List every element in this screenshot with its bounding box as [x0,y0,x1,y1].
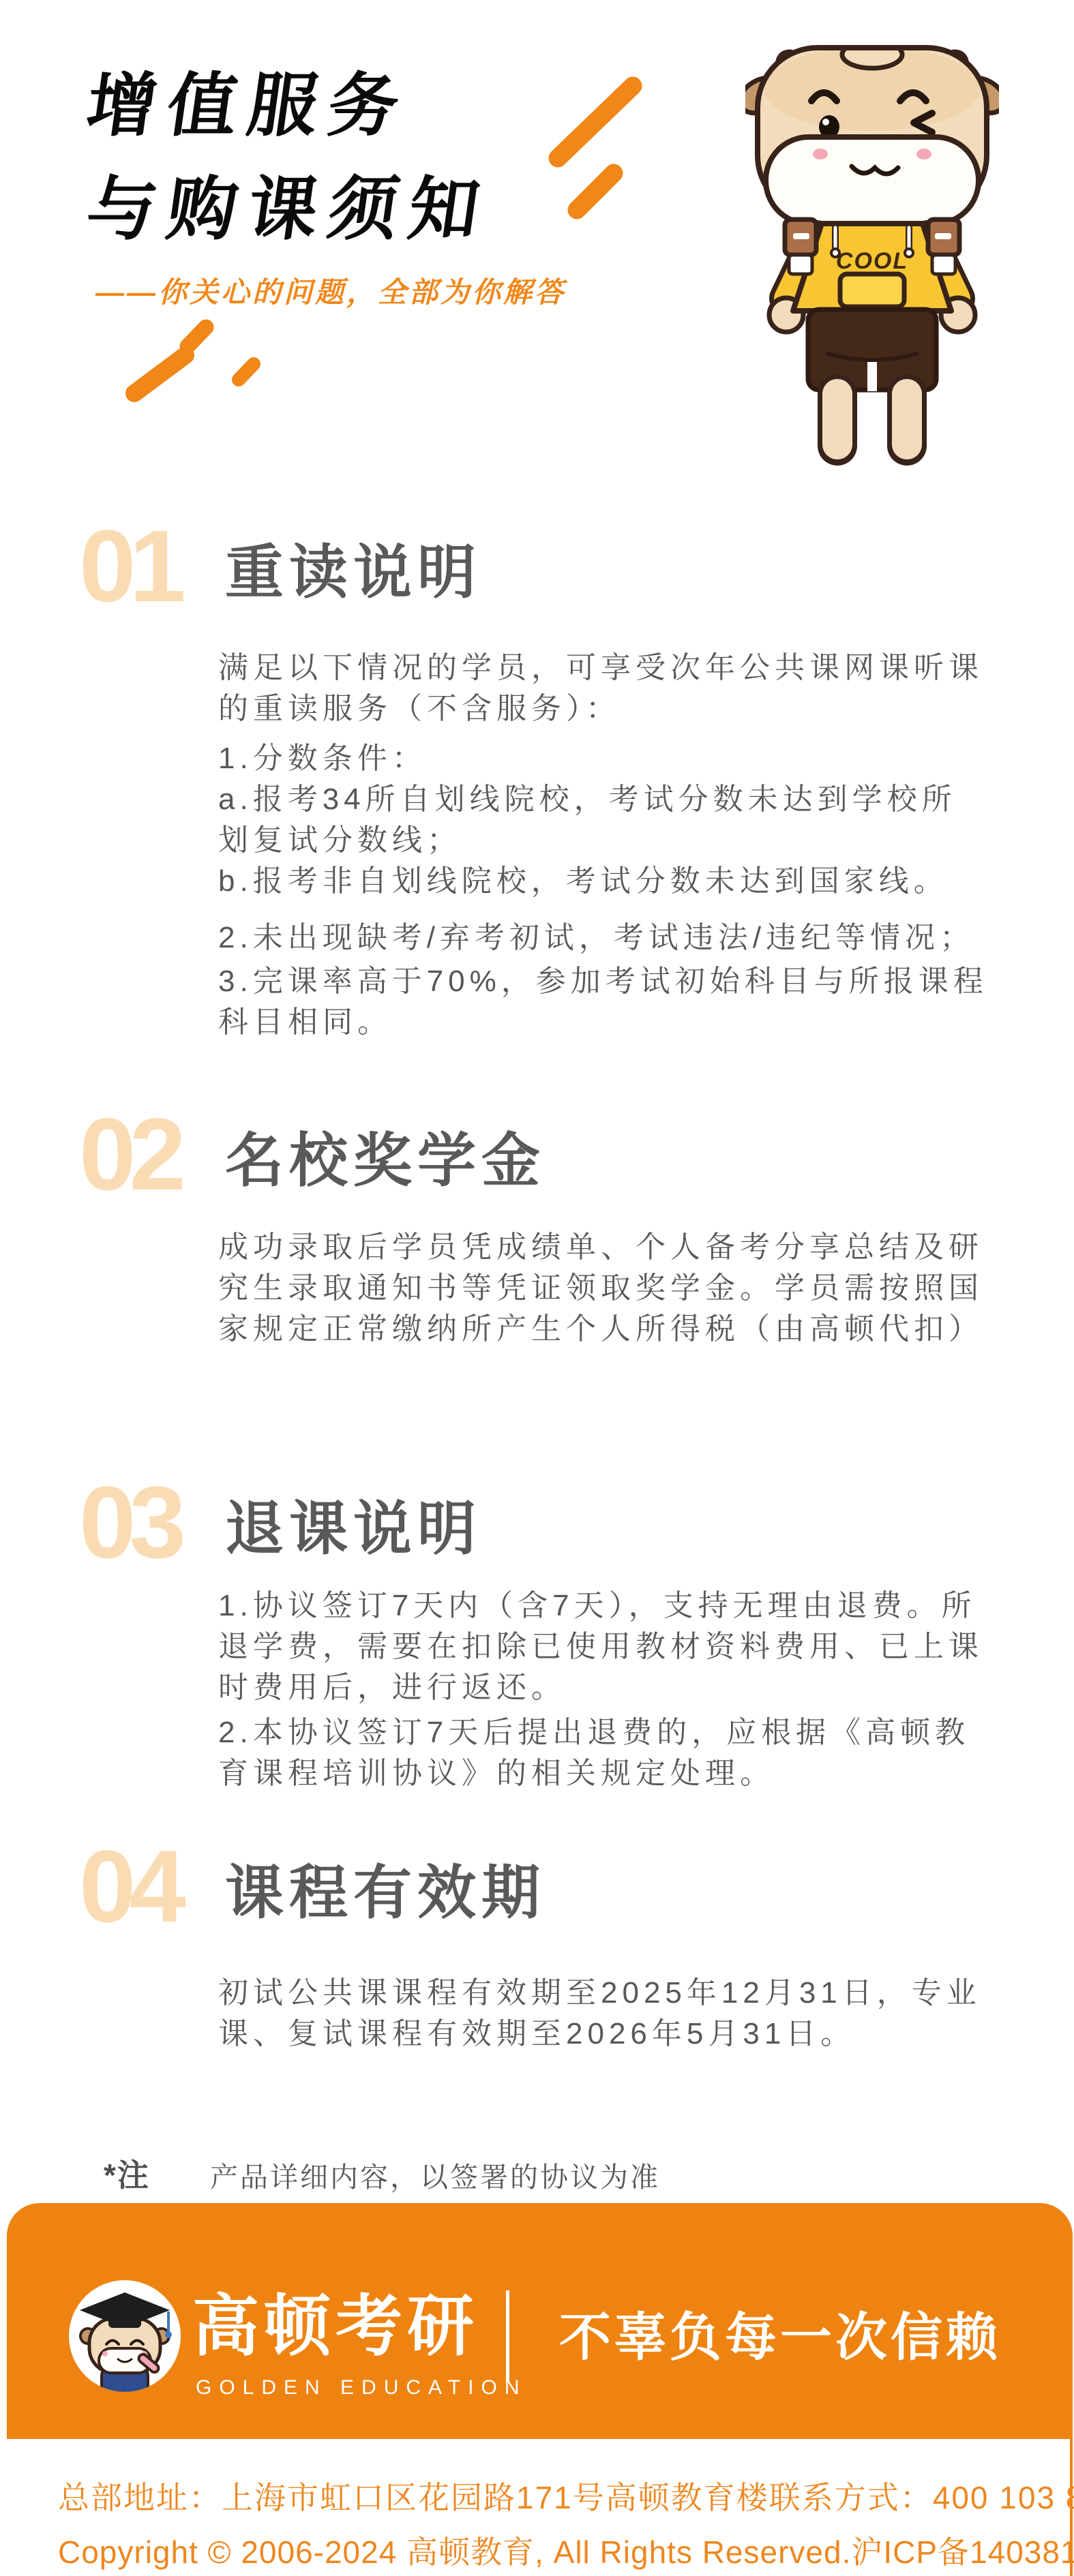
note-label: *注 [104,2151,150,2196]
section-title: 课程有效期 [225,1864,546,1922]
diagonal-slashes-icon [0,0,682,477]
section-paragraph: 3.完课率高于70%，参加考试初始科目与所报课程科目相同。 [218,961,989,1043]
section-paragraph: 初试公共课课程有效期至2025年12月31日，专业课、复试课程有效期至2026年… [218,1973,989,2055]
section-paragraph: b.报考非自划线院校，考试分数未达到国家线。 [218,861,989,902]
brand-name-cn: 高顿考研 [192,2292,479,2359]
section-paragraph: 满足以下情况的学员，可享受次年公共课网课听课的重读服务（不含服务）： [218,648,989,729]
section-paragraph: a.报考34所自划线院校，考试分数未达到学校所划复试分数线； [218,779,989,861]
mascot-shirt-label: COOL [836,248,908,274]
footer-copyright: Copyright © 2006-2024 高顿教育, All Rights R… [58,2528,1074,2573]
section-paragraph: 2.本协议签订7天后提出退费的，应根据《高顿教育课程培训协议》的相关规定处理。 [218,1712,989,1794]
graduate-ox-avatar [69,2280,181,2392]
section-paragraph: 1.分数条件： [218,738,989,779]
brand-name-en: GOLDEN EDUCATION [196,2376,526,2399]
section-paragraph: 1.协议签订7天内（含7天），支持无理由退费。所退学费，需要在扣除已使用教材资料… [218,1586,989,1708]
footer-address: 总部地址：上海市虹口区花园路171号高顿教育楼 [58,2473,769,2518]
footer-address-row: 总部地址：上海市虹口区花园路171号高顿教育楼 联系方式：400 103 888… [58,2473,1013,2518]
graduate-ox-avatar-icon [69,2280,181,2392]
brand-divider [506,2290,509,2382]
section-number: 04 [79,1835,215,1937]
note-text: 产品详细内容，以签署的协议为准 [210,2155,660,2195]
section-title: 重读说明 [225,543,481,602]
footer-contact: 联系方式：400 103 8883 [769,2473,1074,2518]
cool-ox-mascot-icon: COOL [745,45,999,469]
poster-page: 增值服务 与购课须知 ——你关心的问题，全部为你解答 [0,0,1074,2576]
section-paragraph: 2.未出现缺考/弃考初试，考试违法/违纪等情况； [218,918,989,958]
section-number: 02 [79,1103,215,1205]
section-title: 名校奖学金 [225,1132,546,1190]
section-number: 01 [79,515,215,617]
brand-tagline: 不辜负每一次信赖 [559,2312,1001,2364]
section-title: 退课说明 [225,1500,481,1558]
section-paragraph: 成功录取后学员凭成绩单、个人备考分享总结及研究生录取通知书等凭证领取奖学金。学员… [218,1227,989,1350]
section-number: 03 [79,1471,215,1573]
